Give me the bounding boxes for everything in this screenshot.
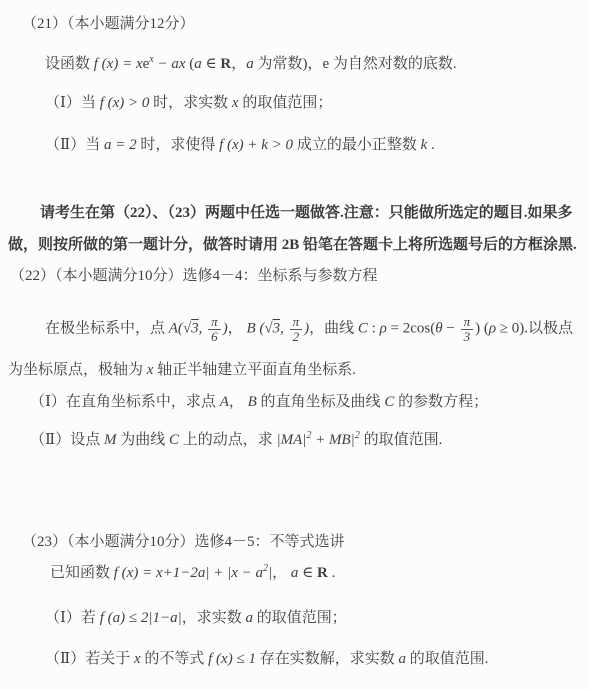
text-segment: 设函数 (45, 56, 94, 72)
text-segment: f (x) > 0 (100, 95, 150, 111)
text-segment: f (x) + k > 0 (219, 137, 293, 153)
text-segment: ≥ 0).以极点 (496, 320, 573, 336)
text-segment: C (169, 432, 179, 448)
text-segment: B (248, 394, 257, 410)
text-segment: 的不等式 (141, 651, 209, 667)
problem-22-statement-line-2: 为坐标原点，极轴为 x 轴正半轴建立平面直角坐标系. (8, 360, 356, 380)
text-segment: |MA| (277, 432, 307, 448)
text-segment: f (x) = x (94, 56, 143, 72)
text-segment: 时，求实数 (149, 95, 232, 111)
text-segment: x (232, 95, 239, 111)
problem-21-statement: 设函数 f (x) = xex − ax (a ∈ R，a 为常数)，e 为自然… (45, 53, 457, 74)
text-segment: θ (435, 320, 442, 336)
problem-21-part-1: （Ⅰ）当 f (x) > 0 时，求实数 x 的取值范围； (45, 93, 332, 113)
text-segment: ，曲线 (309, 320, 358, 336)
text-segment: ， (228, 320, 247, 336)
text-segment: 的取值范围. (406, 651, 489, 667)
text-segment: ρ (380, 320, 387, 336)
text-segment: 的取值范围； (253, 610, 347, 626)
problem-23-statement: 已知函数 f (x) = x+1−2a| + |x − a2|， a ∈ R . (50, 562, 335, 583)
problem-22-statement-line-1: 在极坐标系中，点 A(√3, π6)， B (√3, π2)，曲线 C : ρ … (45, 315, 573, 343)
text-segment: （Ⅰ）当 (45, 95, 100, 111)
text-segment: 成立的最小正整数 (293, 137, 421, 153)
selection-notice-line-1: 请考生在第（22）、（23）两题中任选一题做答.注意：只能做所选定的题目.如果多 (8, 201, 583, 222)
text-segment: A( (169, 320, 183, 336)
text-segment: ，求实数 (182, 610, 246, 626)
selection-notice-line-2: 做，则按所做的第一题计分，做答时请用 2B 铅笔在答题卡上将所选题号后的方框涂黑… (8, 233, 583, 254)
text-segment: a (398, 651, 406, 667)
problem-21-part-2: （Ⅱ）当 a = 2 时，求使得 f (x) + k > 0 成立的最小正整数 … (45, 135, 435, 155)
text-segment: C (384, 394, 394, 410)
text-segment: R (317, 565, 328, 581)
text-segment: （Ⅰ）在直角坐标系中，求点 (30, 394, 220, 410)
text-segment: − (443, 320, 459, 336)
text-segment: （Ⅱ）若关于 (45, 651, 134, 667)
text-segment: （Ⅱ）当 (45, 137, 104, 153)
text-segment: （Ⅱ）设点 (30, 432, 104, 448)
text-segment: f (a) ≤ 2|1−a| (100, 610, 182, 626)
text-segment: . (328, 565, 336, 581)
text-segment: a = 2 (104, 137, 137, 153)
text-segment: 的取值范围； (239, 95, 333, 111)
text-segment: 已知函数 (50, 565, 114, 581)
problem-23-header: （23）（本小题满分10分）选修4－5：不等式选讲 (22, 532, 345, 552)
problem-22-part-2: （Ⅱ）设点 M 为曲线 C 上的动点，求 |MA|2 + MB|2 的取值范围. (30, 429, 442, 450)
text-segment: C (358, 320, 368, 336)
text-segment: R (220, 56, 231, 72)
selection-notice: 请考生在第（22）、（23）两题中任选一题做答.注意：只能做所选定的题目.如果多… (8, 201, 583, 254)
text-segment: M (104, 432, 117, 448)
text-segment: （Ⅰ）若 (45, 610, 100, 626)
square-root: √3 (264, 320, 280, 336)
text-segment: f (x) ≤ 1 (208, 651, 256, 667)
problem-21-header: （21）（本小题满分12分） (22, 14, 195, 34)
square-root: √3 (183, 320, 199, 336)
text-segment: = 2cos( (387, 320, 435, 336)
problem-23-part-2: （Ⅱ）若关于 x 的不等式 f (x) ≤ 1 存在实数解，求实数 a 的取值范… (45, 649, 488, 669)
text-segment: 的参数方程； (394, 394, 488, 410)
fraction: π3 (461, 315, 474, 343)
fraction: π6 (208, 315, 221, 343)
text-segment: B ( (246, 320, 264, 336)
text-segment: 在极坐标系中，点 (45, 320, 169, 336)
text-segment: 存在实数解，求实数 (256, 651, 399, 667)
text-segment: a (245, 610, 253, 626)
text-segment: , (280, 320, 288, 336)
text-segment: − ax (154, 56, 186, 72)
text-segment: ， (229, 394, 248, 410)
text-segment: A (220, 394, 229, 410)
problem-22-header: （22）（本小题满分10分）选修4－4：坐标系与参数方程 (10, 266, 378, 286)
text-segment: a (194, 56, 202, 72)
text-segment: f (x) = x+1−2a| + |x − a (114, 565, 263, 581)
text-segment: ∈ (298, 565, 317, 581)
text-segment: ∈ (202, 56, 221, 72)
text-segment: ， (272, 565, 291, 581)
text-segment: + MB| (311, 432, 354, 448)
problem-22-part-1: （Ⅰ）在直角坐标系中，求点 A， B 的直角坐标及曲线 C 的参数方程； (30, 392, 488, 412)
text-segment: 为曲线 (116, 432, 169, 448)
text-segment: 轴正半轴建立平面直角坐标系. (153, 362, 356, 378)
text-segment: ) ( (475, 320, 489, 336)
text-segment: ρ (489, 320, 496, 336)
text-segment: . (427, 137, 435, 153)
text-segment: 为常数)，e 为自然对数的底数. (254, 56, 457, 72)
text-segment: ( (186, 56, 195, 72)
text-segment: : (368, 320, 380, 336)
text-segment: ， (231, 56, 246, 72)
text-segment: 为坐标原点，极轴为 (8, 362, 147, 378)
text-segment: 时，求使得 (137, 137, 220, 153)
problem-23-part-1: （Ⅰ）若 f (a) ≤ 2|1−a|，求实数 a 的取值范围； (45, 608, 347, 628)
exam-page: （21）（本小题满分12分） 设函数 f (x) = xex − ax (a ∈… (0, 0, 589, 689)
text-segment: a (246, 56, 254, 72)
text-segment: , (199, 320, 207, 336)
text-segment: 的取值范围. (360, 432, 443, 448)
text-segment: 的直角坐标及曲线 (257, 394, 385, 410)
text-segment: 上的动点，求 (179, 432, 277, 448)
fraction: π2 (290, 315, 303, 343)
text-segment: x (134, 651, 141, 667)
